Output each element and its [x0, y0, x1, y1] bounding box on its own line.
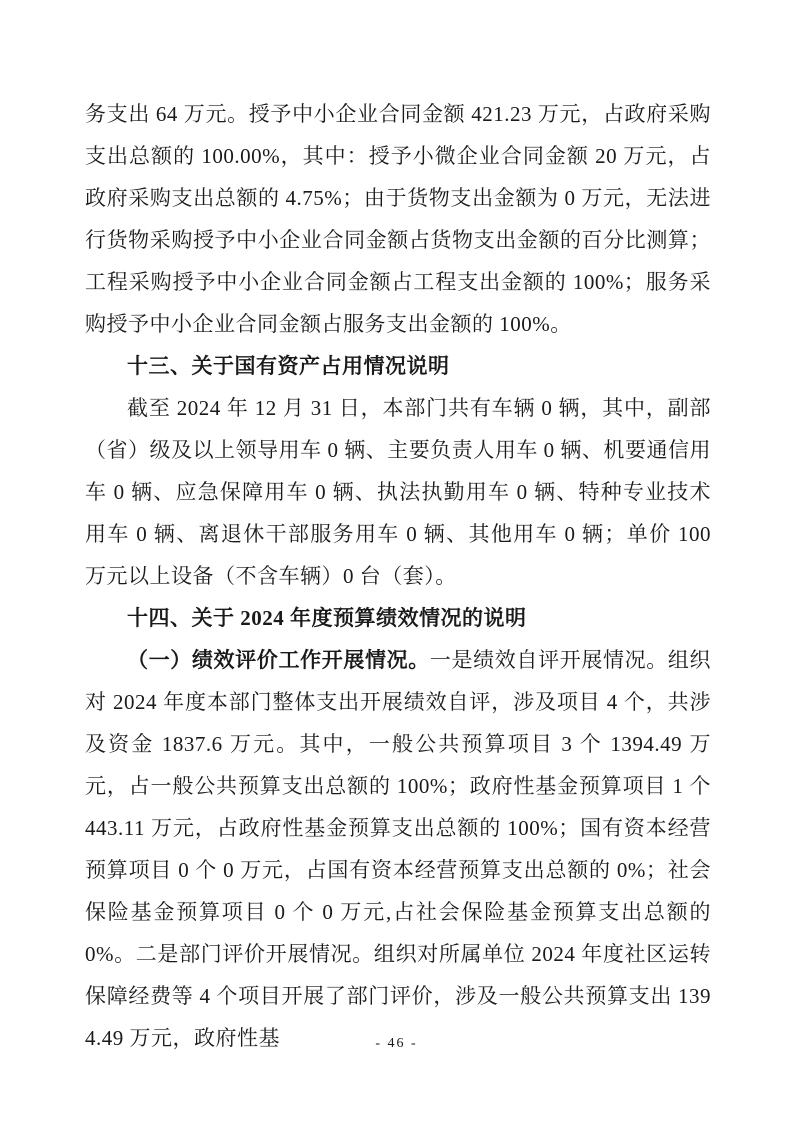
paragraph-lead-rest: 一是绩效自评开展情况。组织对 2024 年度本部门整体支出开展绩效自评，涉及项目… — [85, 648, 711, 1050]
section-heading-14-budget-performance: 十四、关于 2024 年度预算绩效情况的说明 — [85, 597, 711, 639]
document-body: 务支出 64 万元。授予中小企业合同金额 421.23 万元，占政府采购支出总额… — [85, 93, 711, 1059]
section-heading-13-state-assets: 十三、关于国有资产占用情况说明 — [85, 345, 711, 387]
paragraph-state-assets-occupancy: 截至 2024 年 12 月 31 日，本部门共有车辆 0 辆，其中，副部（省）… — [85, 387, 711, 597]
page-number: - 46 - — [0, 1036, 793, 1052]
paragraph-performance-evaluation: （一）绩效评价工作开展情况。一是绩效自评开展情况。组织对 2024 年度本部门整… — [85, 639, 711, 1059]
paragraph-lead-bold: （一）绩效评价工作开展情况。 — [127, 648, 430, 672]
paragraph-government-procurement-continued: 务支出 64 万元。授予中小企业合同金额 421.23 万元，占政府采购支出总额… — [85, 93, 711, 345]
document-page: 务支出 64 万元。授予中小企业合同金额 421.23 万元，占政府采购支出总额… — [0, 0, 793, 1122]
